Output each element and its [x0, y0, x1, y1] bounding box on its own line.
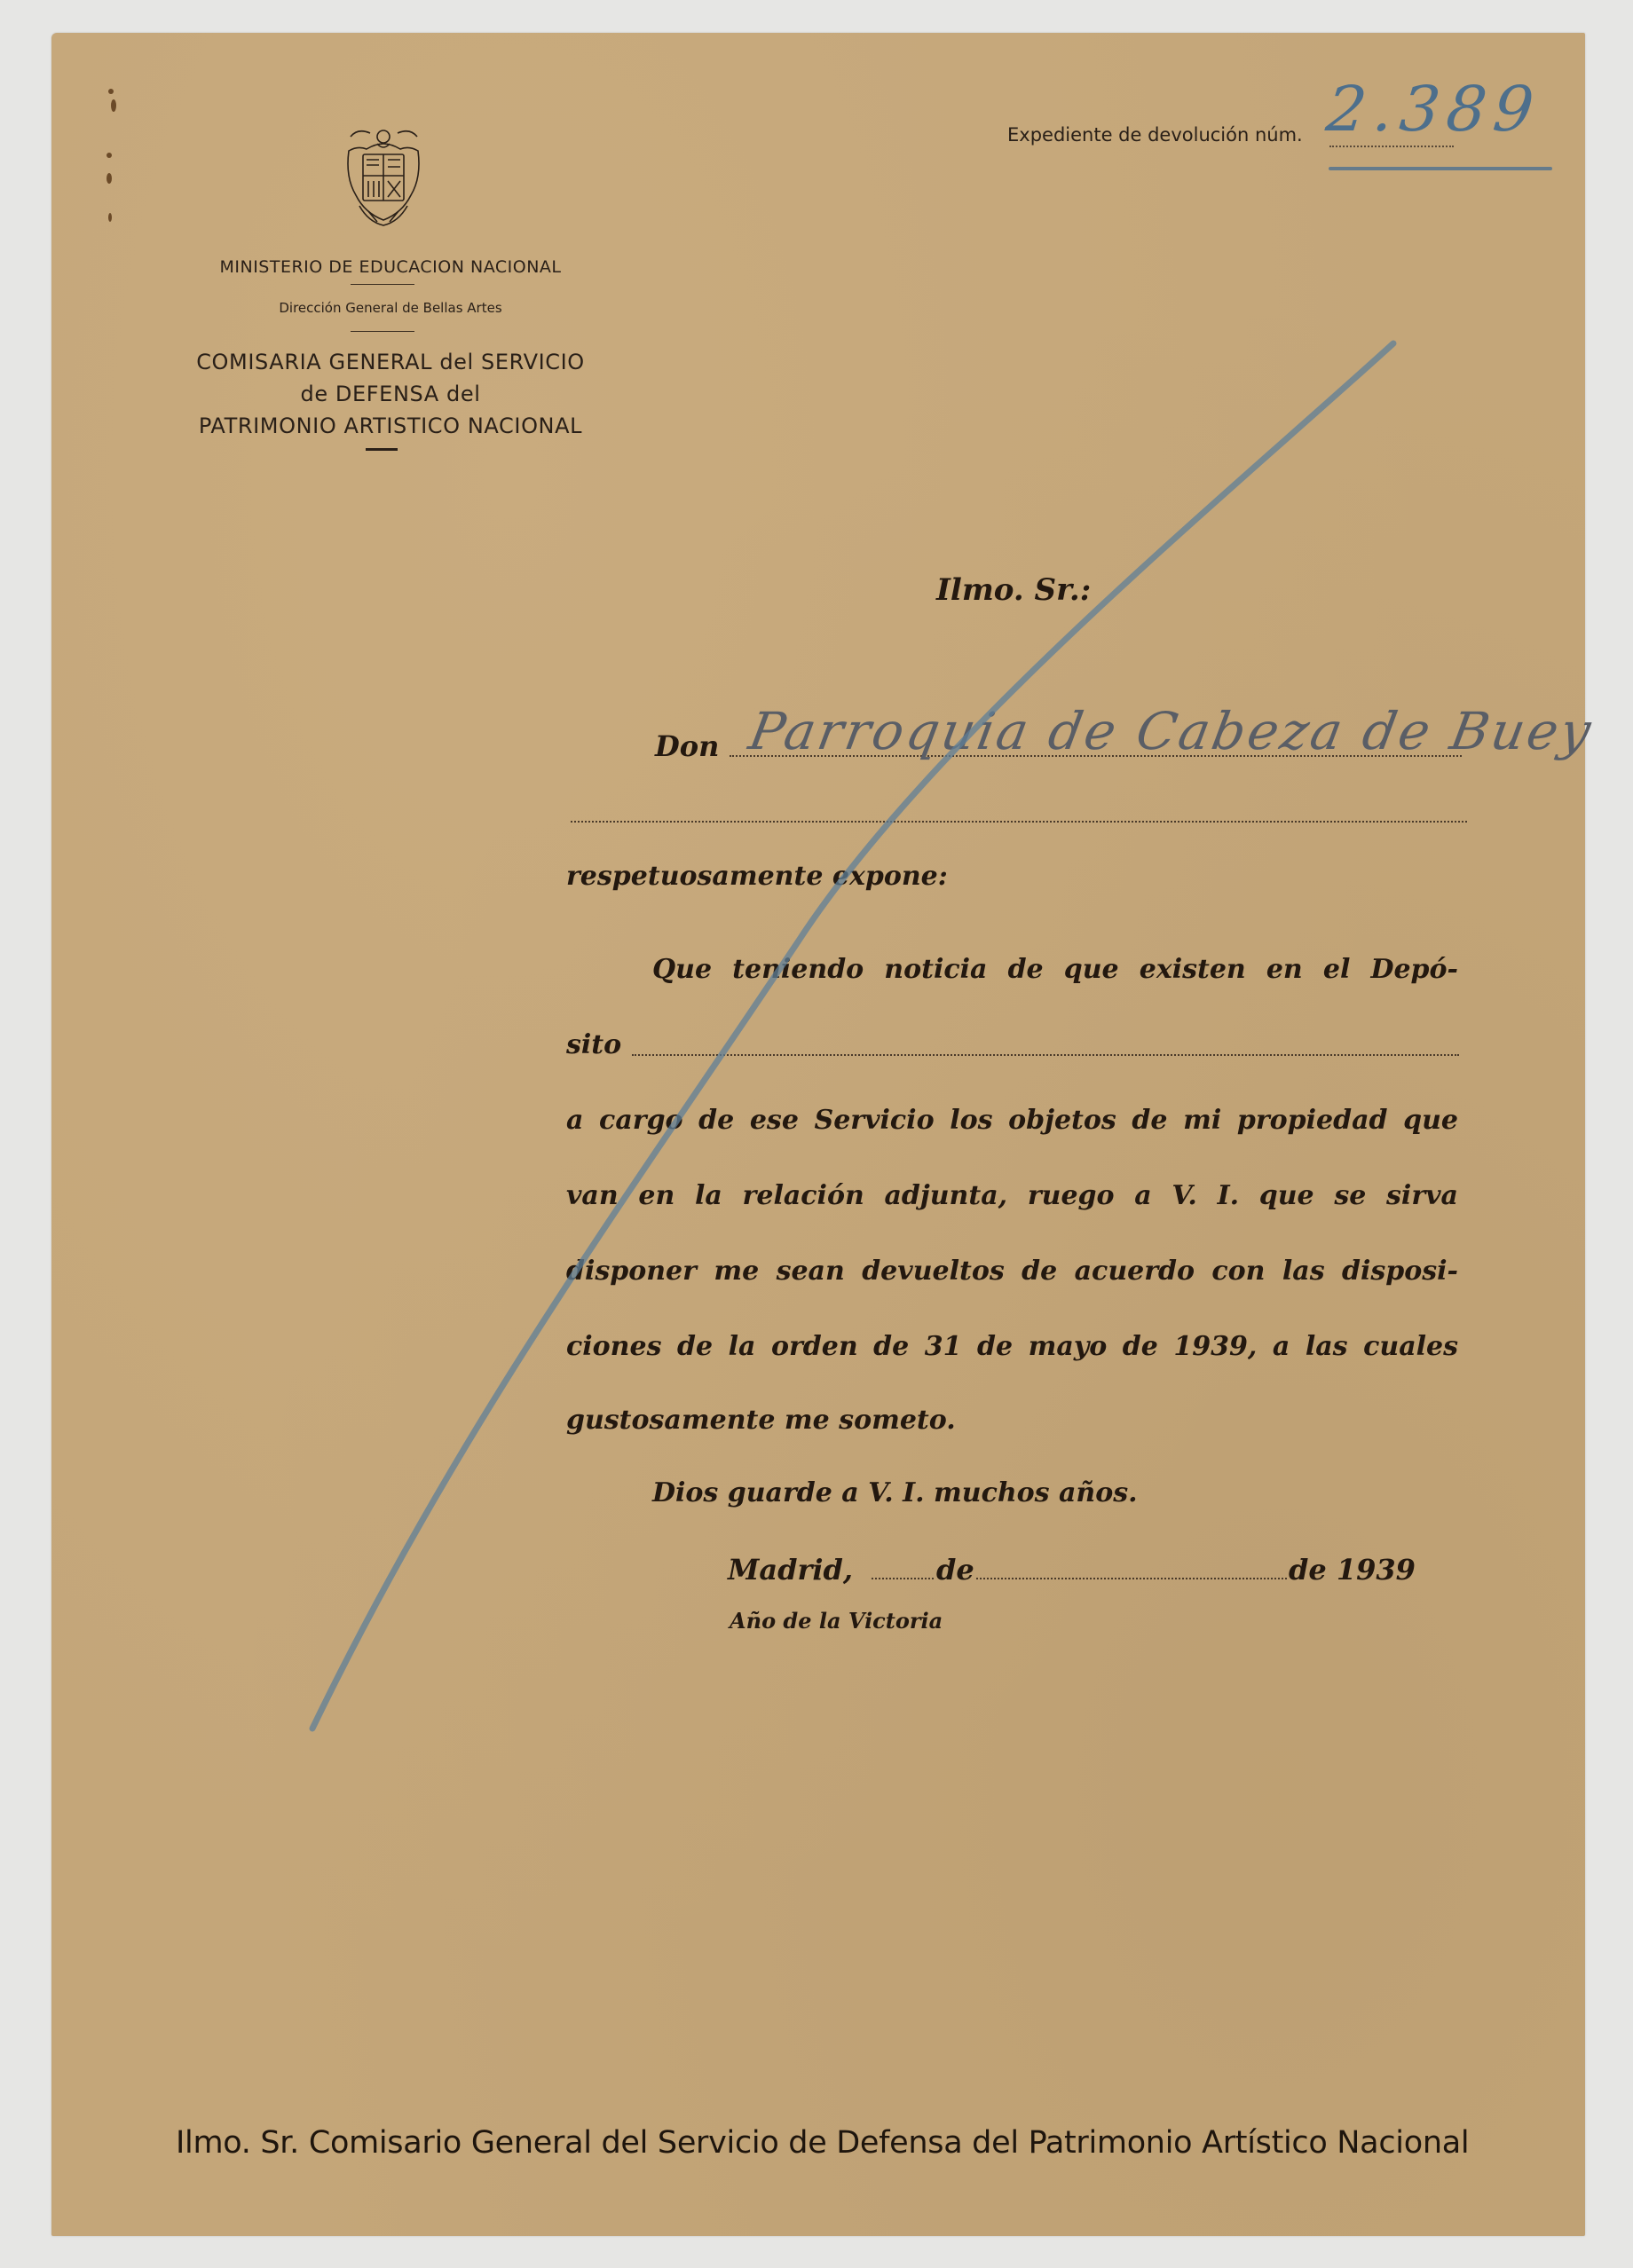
date-de-label: de — [936, 1553, 974, 1587]
deposito-field-dotted-line[interactable] — [632, 1054, 1459, 1056]
commissariat-line-2: de DEFENSA del — [160, 378, 621, 410]
staple-mark — [106, 173, 112, 184]
don-continuation-dotted-line[interactable] — [571, 821, 1467, 823]
body-line: disponer me sean devueltos de acuerdo co… — [566, 1256, 1458, 1287]
letterhead-divider — [351, 331, 414, 332]
salutation: Ilmo. Sr.: — [936, 572, 1091, 608]
spanish-coat-of-arms-icon — [342, 124, 426, 229]
letterhead-divider — [351, 284, 414, 285]
direction-name: Dirección General de Bellas Artes — [160, 300, 621, 316]
date-city: Madrid, — [728, 1553, 853, 1587]
don-label: Don — [655, 729, 719, 763]
commissariat-line-1: COMISARIA GENERAL del SERVICIO — [160, 346, 621, 378]
file-number-label: Expediente de devolución núm. — [1007, 124, 1303, 146]
staple-mark — [106, 153, 112, 158]
date-year: de 1939 — [1289, 1553, 1416, 1587]
body-line: van en la relación adjunta, ruego a V. I… — [566, 1180, 1458, 1211]
body-line: Que teniendo noticia de que existen en e… — [652, 954, 1458, 985]
expone-label: respetuosamente expone: — [566, 861, 948, 892]
body-line: ciones de la orden de 31 de mayo de 1939… — [566, 1331, 1458, 1362]
staple-mark — [111, 99, 116, 112]
body-line: a cargo de ese Servicio los objetos de m… — [566, 1105, 1458, 1136]
date-motto: Año de la Victoria — [730, 1608, 943, 1634]
file-number-dotted-line — [1329, 146, 1454, 147]
file-number-underline — [1329, 167, 1552, 170]
commissariat-line-3: PATRIMONIO ARTISTICO NACIONAL — [160, 410, 621, 442]
letterhead-divider — [366, 448, 398, 451]
closing-formula: Dios guarde a V. I. muchos años. — [652, 1477, 1138, 1508]
date-month-dotted-line[interactable] — [976, 1578, 1287, 1579]
file-number-value[interactable]: 2.389 — [1323, 73, 1544, 146]
don-field-handwritten[interactable]: Parroquia de Cabeza de Buey — [745, 701, 1597, 761]
body-line: sito — [566, 1029, 621, 1060]
date-day-dotted-line[interactable] — [872, 1578, 934, 1579]
ministry-name: MINISTERIO DE EDUCACION NACIONAL — [160, 257, 621, 277]
body-line: gustosamente me someto. — [566, 1405, 956, 1436]
staple-mark — [108, 213, 112, 222]
staple-mark — [108, 89, 114, 94]
commissariat-name: COMISARIA GENERAL del SERVICIO de DEFENS… — [160, 346, 621, 442]
footer-addressee: Ilmo. Sr. Comisario General del Servicio… — [176, 2125, 1469, 2161]
